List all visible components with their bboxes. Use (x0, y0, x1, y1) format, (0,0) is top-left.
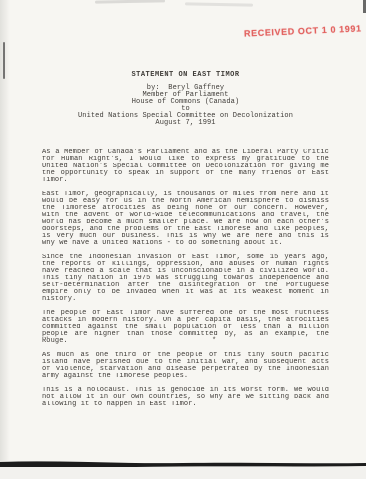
text-line: The people of East Timor have suffered o… (42, 310, 329, 317)
text-line: of violence, starvation and disease perp… (42, 366, 329, 373)
text-line: empire only to be invaded when it was at… (42, 289, 329, 296)
text-line: have reached a scale that is unconsciona… (42, 268, 329, 275)
text-line: island have perished due to the initial … (42, 359, 329, 366)
paragraph: As a Member of Canada's Parliament and a… (42, 149, 329, 184)
text-line: the Timorese atrocities as being none of… (42, 205, 329, 212)
text-line: This tiny nation in 1975 was struggling … (42, 275, 329, 282)
scan-smudge (95, 0, 165, 4)
paragraph: As much as one third of the people of th… (42, 352, 329, 380)
stray-asterisk-mark: * (212, 338, 216, 345)
paragraph: The people of East Timor have suffered o… (42, 310, 329, 345)
scan-below-band (0, 467, 366, 479)
header-lines: by: Beryl GaffneyMember of ParliamentHou… (30, 85, 341, 127)
text-line: United Nation's Special Committee on Dec… (42, 163, 329, 170)
text-line: This is a holocaust. This is genocide in… (42, 387, 329, 394)
text-line: As a Member of Canada's Parliament and a… (42, 149, 329, 156)
text-line: East Timor, geographically, is thousands… (42, 191, 329, 198)
text-line: is very much our business. This is why w… (42, 233, 329, 240)
text-line: allowing it to happen in East Timor. (42, 401, 329, 408)
paragraph: This is a holocaust. This is genocide in… (42, 387, 329, 408)
text-line: for Human Right's, I would like to expre… (42, 156, 329, 163)
document-body: As a Member of Canada's Parliament and a… (42, 149, 329, 415)
received-date-stamp: RECEIVED OCT 1 0 1991 (244, 23, 362, 39)
text-line: the opportunity to speak in support of t… (42, 170, 329, 177)
document-title: STATEMENT ON EAST TIMOR (42, 71, 329, 79)
text-line: doorsteps, and the problems of the East … (42, 226, 329, 233)
text-line: army against the Timorese peoples. (42, 373, 329, 380)
text-line: self-determination after the disintegrat… (42, 282, 329, 289)
text-line: not allow it in our own countries, so wh… (42, 394, 329, 401)
text-line: why we have a United Nations - to do som… (42, 240, 329, 247)
scan-smudge (185, 2, 253, 6)
text-line: would be easy for us in the North Americ… (42, 198, 329, 205)
text-line: Rouge. (42, 338, 329, 345)
paragraph: East Timor, geographically, is thousands… (42, 191, 329, 247)
text-line: world has become a much smaller place. W… (42, 219, 329, 226)
text-line: Since the Indonesian invasion of East Ti… (42, 254, 329, 261)
text-line: history. (42, 296, 329, 303)
text-line: committed against the small population o… (42, 324, 329, 331)
text-line: the reports of killings, oppression, and… (42, 261, 329, 268)
text-line: As much as one third of the people of th… (42, 352, 329, 359)
scan-shadow (0, 0, 10, 479)
scanned-document-page: RECEIVED OCT 1 0 1991 STATEMENT ON EAST … (0, 0, 366, 479)
header-line: August 7, 1991 (30, 120, 341, 127)
paragraph: Since the Indonesian invasion of East Ti… (42, 254, 329, 303)
text-line: attacks in modern history. On a per capi… (42, 317, 329, 324)
text-line: Timor. (42, 177, 329, 184)
text-line: with the advent of world-wide telecommun… (42, 212, 329, 219)
text-line: people are higher than those committed b… (42, 331, 329, 338)
